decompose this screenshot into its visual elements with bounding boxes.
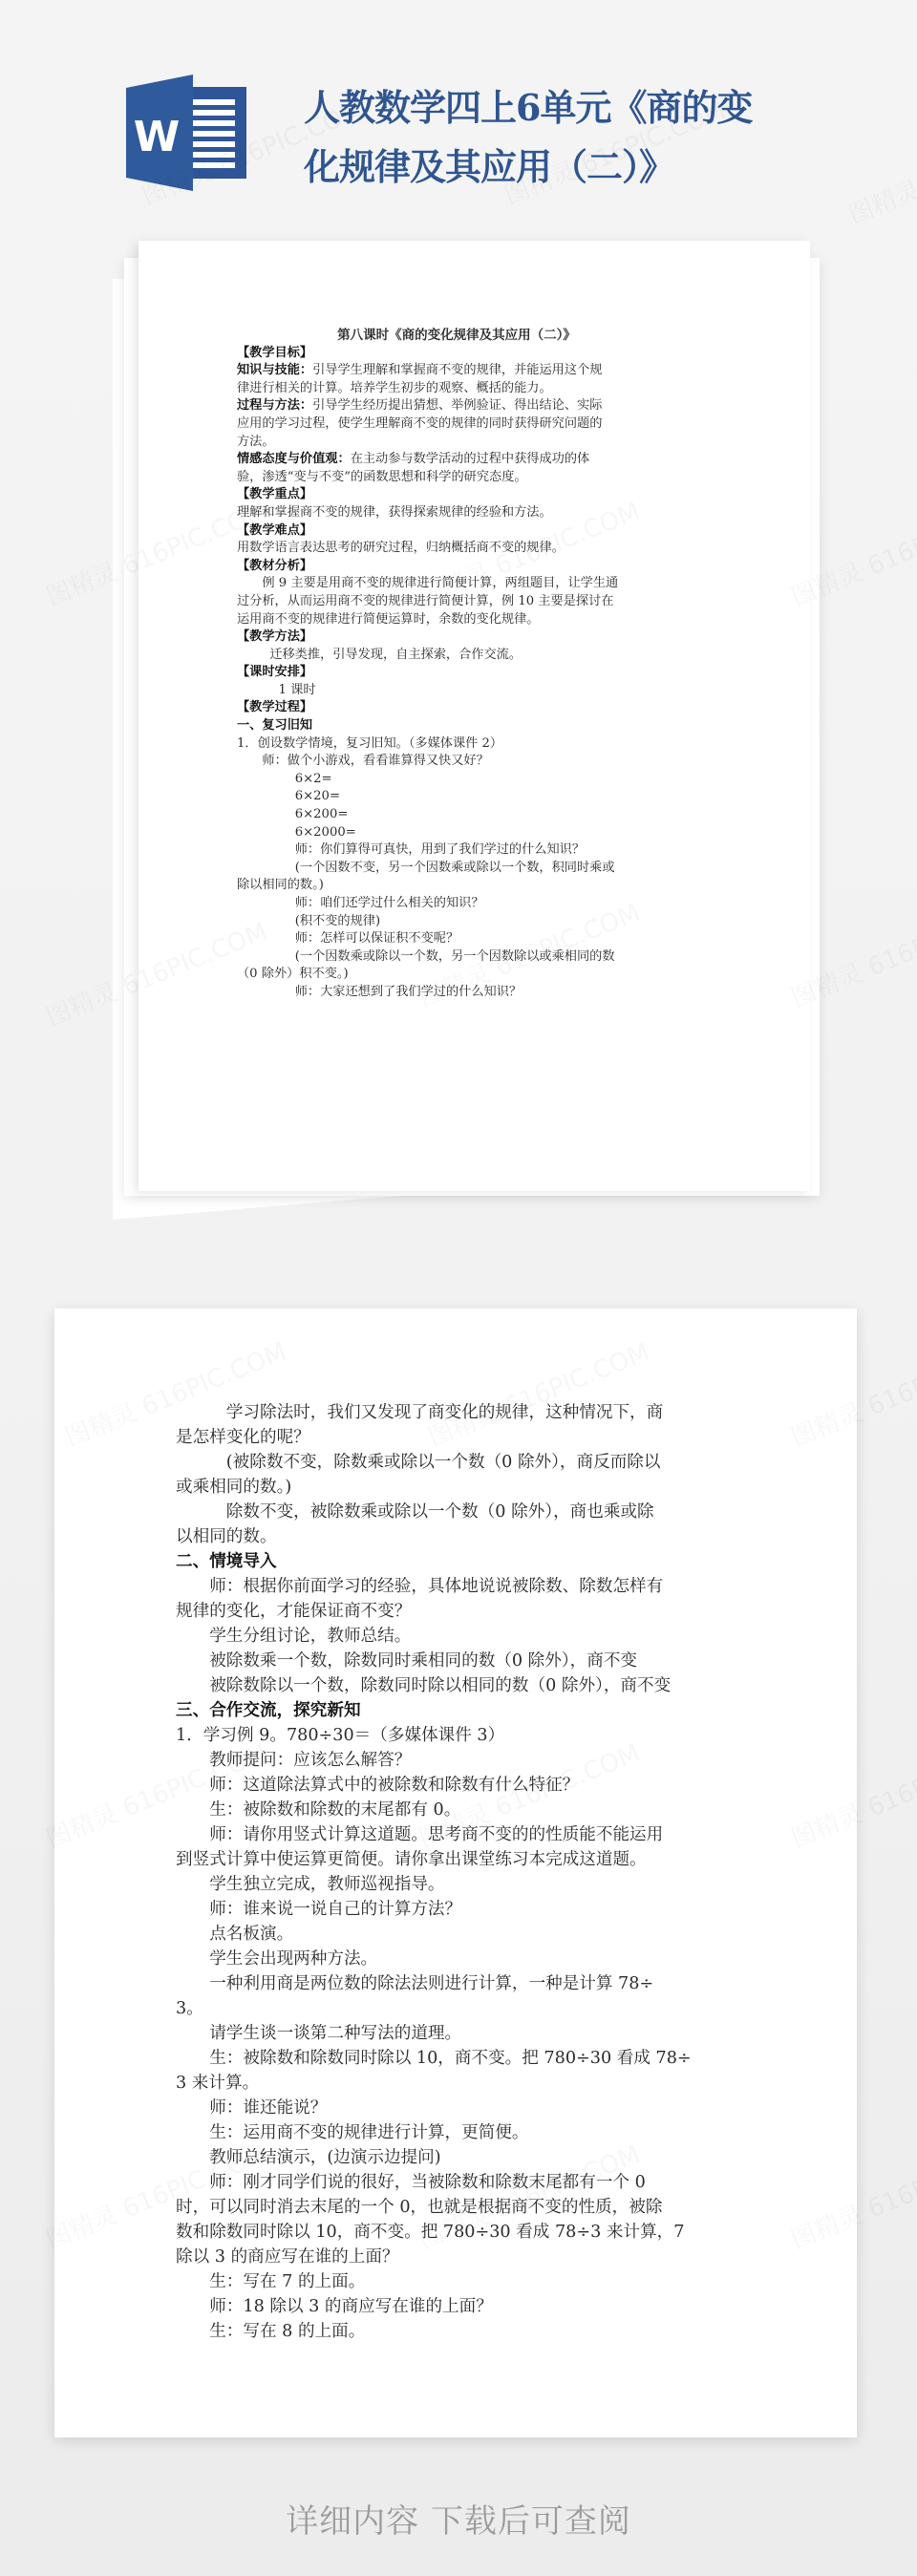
text-line: 用数学语言表达思考的研究过程，归纳概括商不变的规律。 xyxy=(237,540,676,558)
section-heading: 【课时安排】 xyxy=(237,664,676,682)
labeled-paragraph: 知识与技能：引导学生理解和掌握商不变的规律，并能运用这个规 xyxy=(237,362,676,380)
text-line: 师：谁来说一说自己的计算方法？ xyxy=(176,1897,749,1922)
text-line: 生：运用商不变的规律进行计算，更简便。 xyxy=(176,2120,749,2145)
document-title-line-1: 人教数学四上6单元《商的变 xyxy=(304,78,800,138)
text-line: 师：刚才同学们说的很好，当被除数和除数末尾都有一个 0 xyxy=(176,2170,749,2195)
text-line: 请学生谈一谈第二种写法的道理。 xyxy=(176,2021,749,2046)
text-line: 学生独立完成，教师巡视指导。 xyxy=(176,1872,749,1897)
text-line: 师：大家还想到了我们学过的什么知识？ xyxy=(237,984,676,1002)
paragraph-label: 过程与方法： xyxy=(237,398,312,413)
text-line: （0 除外）积不变。) xyxy=(237,966,676,984)
text-line: 生：被除数和除数的末尾都有 0。 xyxy=(176,1798,749,1822)
text-line: 过分析，从而运用商不变的规律进行简便计算，例 10 主要是探讨在 xyxy=(237,593,676,611)
text-line: 迁移类推，引导发现，自主探索，合作交流。 xyxy=(237,647,676,665)
paragraph-text: 在主动参与数学活动的过程中获得成功的体 xyxy=(351,452,590,466)
text-line: 师：18 除以 3 的商应写在谁的上面？ xyxy=(176,2294,749,2319)
text-line: 1 课时 xyxy=(237,682,676,700)
section-heading: 【教学过程】 xyxy=(237,699,676,717)
text-line: 学习除法时，我们又发现了商变化的规律，这种情况下，商 xyxy=(176,1400,749,1425)
paragraph-label: 知识与技能： xyxy=(237,363,312,377)
text-line: 数和除数同时除以 10，商不变。把 780÷30 看成 78÷3 来计算，7 xyxy=(176,2220,749,2245)
section-heading: 三、合作交流，探究新知 xyxy=(176,1698,749,1723)
text-line: 除数不变，被除数乘或除以一个数（0 除外），商也乘或除 xyxy=(176,1500,749,1524)
text-line: 律进行相关的计算。培养学生初步的观察、概括的能力。 xyxy=(237,380,676,398)
text-line: 6×200= xyxy=(237,806,676,824)
text-line: 理解和掌握商不变的规律，获得探索规律的经验和方法。 xyxy=(237,504,676,522)
text-line: 是怎样变化的呢？ xyxy=(176,1425,749,1450)
text-line: 方法。 xyxy=(237,434,676,452)
text-line: 师：咱们还学过什么相关的知识？ xyxy=(237,895,676,913)
paragraph-text: 引导学生理解和掌握商不变的规律，并能运用这个规 xyxy=(312,363,602,377)
text-line: 师：这道除法算式中的被除数和除数有什么特征？ xyxy=(176,1773,749,1798)
document-title-line-2: 化规律及其应用（二）》 xyxy=(304,138,800,197)
text-line: 师：请你用竖式计算这道题。思考商不变的的性质能不能运用 xyxy=(176,1822,749,1847)
text-line: 以相同的数。 xyxy=(176,1524,749,1549)
text-line: 1．创设数学情境，复习旧知。（多媒体课件 2） xyxy=(237,735,676,754)
text-line: 被除数除以一个数，除数同时除以相同的数（0 除外），商不变 xyxy=(176,1673,749,1698)
text-line: 规律的变化，才能保证商不变？ xyxy=(176,1599,749,1624)
text-line: 验，渗透“变与不变”的函数思想和科学的研究态度。 xyxy=(237,469,676,487)
text-line: 教师提问：应该怎么解答？ xyxy=(176,1748,749,1773)
text-line: 除以相同的数。) xyxy=(237,877,676,895)
text-line: 学生会出现两种方法。 xyxy=(176,1947,749,1971)
section-heading: 【教学难点】 xyxy=(237,522,676,541)
text-line: 生：写在 8 的上面。 xyxy=(176,2319,749,2344)
text-line: 到竖式计算中使运算更简便。请你拿出课堂练习本完成这道题。 xyxy=(176,1847,749,1872)
text-line: (一个因数乘或除以一个数，另一个因数除以或乘相同的数 xyxy=(237,948,676,967)
page-2-content: 学习除法时，我们又发现了商变化的规律，这种情况下，商是怎样变化的呢？(被除数不变… xyxy=(176,1400,749,2344)
paragraph-label: 情感态度与价值观： xyxy=(237,452,351,466)
text-line: 点名板演。 xyxy=(176,1922,749,1947)
document-title: 人教数学四上6单元《商的变 化规律及其应用（二）》 xyxy=(304,78,800,197)
text-line: 例 9 主要是用商不变的规律进行简便计算，两组题目，让学生通 xyxy=(237,575,676,593)
paragraph-text: 引导学生经历提出猜想、举例验证、得出结论、实际 xyxy=(312,398,602,413)
section-heading: 二、情境导入 xyxy=(176,1549,749,1574)
download-hint: 详细内容 下载后可查阅 xyxy=(0,2495,917,2542)
text-line: 学生分组讨论，教师总结。 xyxy=(176,1624,749,1649)
text-line: 运用商不变的规律进行简便运算时，余数的变化规律。 xyxy=(237,611,676,629)
page-1-content: 第八课时《商的变化规律及其应用（二）》 【教学目标】知识与技能：引导学生理解和掌… xyxy=(237,327,676,1002)
section-heading: 一、复习旧知 xyxy=(237,717,676,735)
labeled-paragraph: 过程与方法：引导学生经历提出猜想、举例验证、得出结论、实际 xyxy=(237,397,676,415)
text-line: 一种利用商是两位数的除法法则进行计算，一种是计算 78÷ xyxy=(176,1971,749,1996)
text-line: (一个因数不变，另一个因数乘或除以一个数，积同时乘或 xyxy=(237,860,676,878)
text-line: 师：做个小游戏，看看谁算得又快又好？ xyxy=(237,753,676,771)
text-line: 被除数乘一个数，除数同时乘相同的数（0 除外），商不变 xyxy=(176,1649,749,1673)
text-line: (积不变的规律) xyxy=(237,913,676,931)
text-line: 1．学习例 9。780÷30＝（多媒体课件 3） xyxy=(176,1723,749,1748)
text-line: 除以 3 的商应写在谁的上面？ xyxy=(176,2245,749,2269)
text-line: 或乘相同的数。) xyxy=(176,1475,749,1500)
text-line: 生：写在 7 的上面。 xyxy=(176,2269,749,2294)
text-line: 6×20= xyxy=(237,788,676,806)
header: W 人教数学四上6单元《商的变 化规律及其应用（二）》 xyxy=(0,0,917,210)
labeled-paragraph: 情感态度与价值观：在主动参与数学活动的过程中获得成功的体 xyxy=(237,451,676,469)
text-line: 3 来计算。 xyxy=(176,2071,749,2096)
text-line: 应用的学习过程，使学生理解商不变的规律的同时获得研究问题的 xyxy=(237,415,676,434)
text-line: (被除数不变，除数乘或除以一个数（0 除外），商反而除以 xyxy=(176,1450,749,1475)
text-line: 师：怎样可以保证积不变呢？ xyxy=(237,930,676,948)
section-heading: 【教学重点】 xyxy=(237,486,676,504)
text-line: 师：根据你前面学习的经验，具体地说说被除数、除数怎样有 xyxy=(176,1574,749,1599)
text-line: 师：你们算得可真快，用到了我们学过的什么知识？ xyxy=(237,841,676,860)
text-line: 时，可以同时消去末尾的一个 0，也就是根据商不变的性质，被除 xyxy=(176,2195,749,2220)
section-heading: 【教材分析】 xyxy=(237,558,676,576)
text-line: 6×2= xyxy=(237,771,676,789)
text-line: 生：被除数和除数同时除以 10，商不变。把 780÷30 看成 78÷ xyxy=(176,2046,749,2071)
text-line: 3。 xyxy=(176,1996,749,2021)
text-line: 6×2000= xyxy=(237,824,676,842)
svg-text:W: W xyxy=(134,113,181,161)
word-document-icon: W xyxy=(124,75,248,191)
text-line: 教师总结演示，(边演示边提问) xyxy=(176,2145,749,2170)
section-heading: 【教学目标】 xyxy=(237,345,676,363)
section-heading: 【教学方法】 xyxy=(237,628,676,647)
lesson-title: 第八课时《商的变化规律及其应用（二）》 xyxy=(237,327,676,345)
text-line: 师：谁还能说？ xyxy=(176,2096,749,2120)
